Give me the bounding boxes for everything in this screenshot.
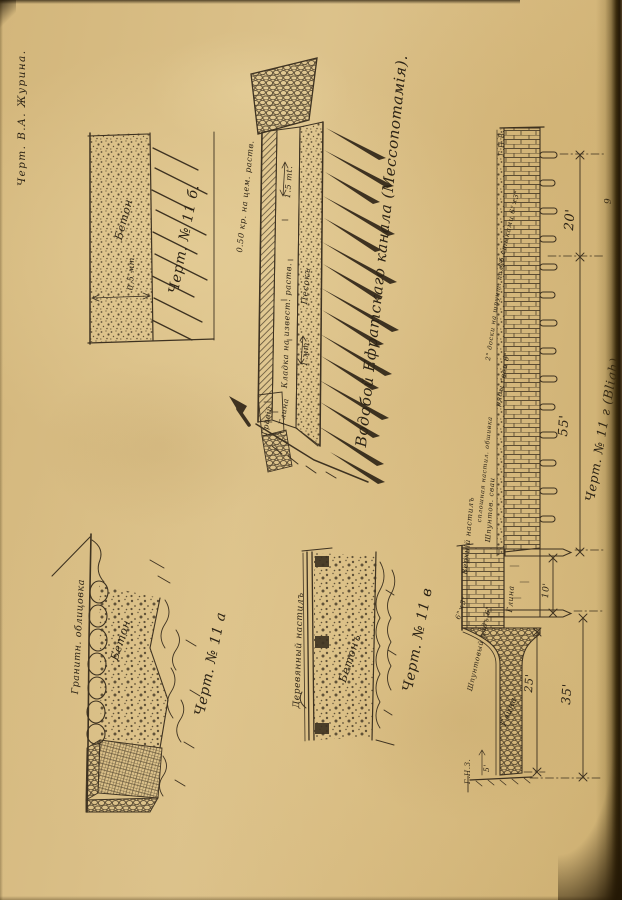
dim-35-11g: 35'	[558, 683, 574, 705]
dim-25-11g: 25'	[522, 673, 536, 693]
label-glina-pit-11g: Глина	[505, 585, 516, 613]
diagram-linework	[0, 0, 622, 900]
label-gnz-11g: Г.Н.З.	[464, 759, 472, 784]
label-gnv-11g: Г.Н.В.	[498, 130, 506, 156]
dim-1-vodoboy: 1 мт.	[300, 339, 311, 367]
dim-5-11g: 5'	[482, 764, 491, 772]
dim-10-11g: 10'	[541, 582, 552, 598]
diagram-11b-group	[88, 132, 214, 344]
page-corner-curl	[558, 730, 622, 900]
page-top-edge	[0, 0, 520, 4]
dim-05-11b: 0,5 мт.	[126, 254, 136, 291]
page-bottom-edge	[0, 896, 622, 900]
signature: Черт. В.А. Журина.	[16, 50, 28, 186]
page-left-edge	[0, 0, 3, 900]
dim-20-11g: 20'	[562, 208, 578, 231]
dim-55-11g: 55'	[556, 414, 572, 437]
scanned-page: Черт. В.А. Журина. Бетон 0,5 мт. Черт. №…	[0, 0, 622, 900]
